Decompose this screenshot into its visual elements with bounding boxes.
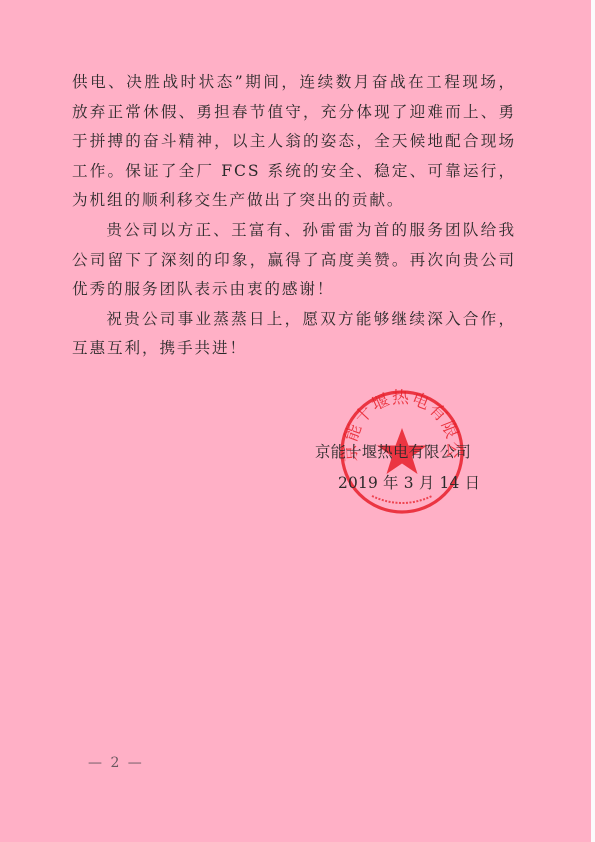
letter-page: 供电、决胜战时状态”期间，连续数月奋战在工程现场，放弃正常休假、勇担春节值守，充…	[0, 0, 591, 842]
signature-company: 京能十堰热电有限公司	[315, 440, 471, 462]
paragraph-3: 祝贵公司事业蒸蒸日上，愿双方能够继续深入合作，互惠互利，携手共进！	[72, 305, 516, 364]
signature-date: 2019 年 3 月 14 日	[338, 471, 480, 493]
paragraph-2: 贵公司以方正、王富有、孙雷雷为首的服务团队给我公司留下了深刻的印象，赢得了高度美…	[72, 216, 516, 305]
paragraph-1: 供电、决胜战时状态”期间，连续数月奋战在工程现场，放弃正常休假、勇担春节值守，充…	[72, 68, 516, 216]
letter-body: 供电、决胜战时状态”期间，连续数月奋战在工程现场，放弃正常休假、勇担春节值守，充…	[72, 68, 516, 364]
page-number: — 2 —	[88, 755, 144, 771]
